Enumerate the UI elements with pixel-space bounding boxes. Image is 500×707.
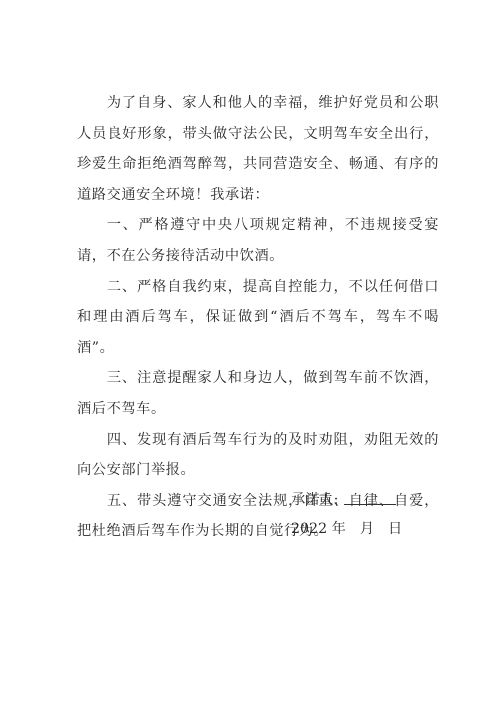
signature-block: 承诺人: 2022 年 月 日: [291, 484, 416, 542]
pledge-item-4: 四、发现有酒后驾车行为的及时劝阻，劝阻无效的向公安部门举报。: [77, 425, 439, 486]
signer-label: 承诺人:: [291, 489, 338, 509]
pledge-item-2: 二、严格自我约束，提高自控能力，不以任何借口和理由酒后驾车，保证做到“酒后不驾车…: [77, 272, 439, 364]
pledge-body: 为了自身、家人和他人的幸福，维护好党员和公职人员良好形象，带头做守法公民，文明驾…: [77, 88, 439, 547]
date-month: 月: [360, 518, 374, 538]
signature-line: [344, 492, 396, 505]
pledge-item-1: 一、严格遵守中央八项规定精神，不违规接受宴请，不在公务接待活动中饮酒。: [77, 210, 439, 271]
date-day: 日: [388, 518, 402, 538]
document-page: 为了自身、家人和他人的幸福，维护好党员和公职人员良好形象，带头做守法公民，文明驾…: [0, 0, 500, 707]
intro-paragraph: 为了自身、家人和他人的幸福，维护好党员和公职人员良好形象，带头做守法公民，文明驾…: [77, 88, 439, 210]
pledge-item-3: 三、注意提醒家人和身边人，做到驾车前不饮酒，酒后不驾车。: [77, 363, 439, 424]
date-row: 2022 年 月 日: [291, 513, 416, 542]
signer-row: 承诺人:: [291, 484, 416, 513]
date-year: 2022 年: [291, 518, 346, 538]
